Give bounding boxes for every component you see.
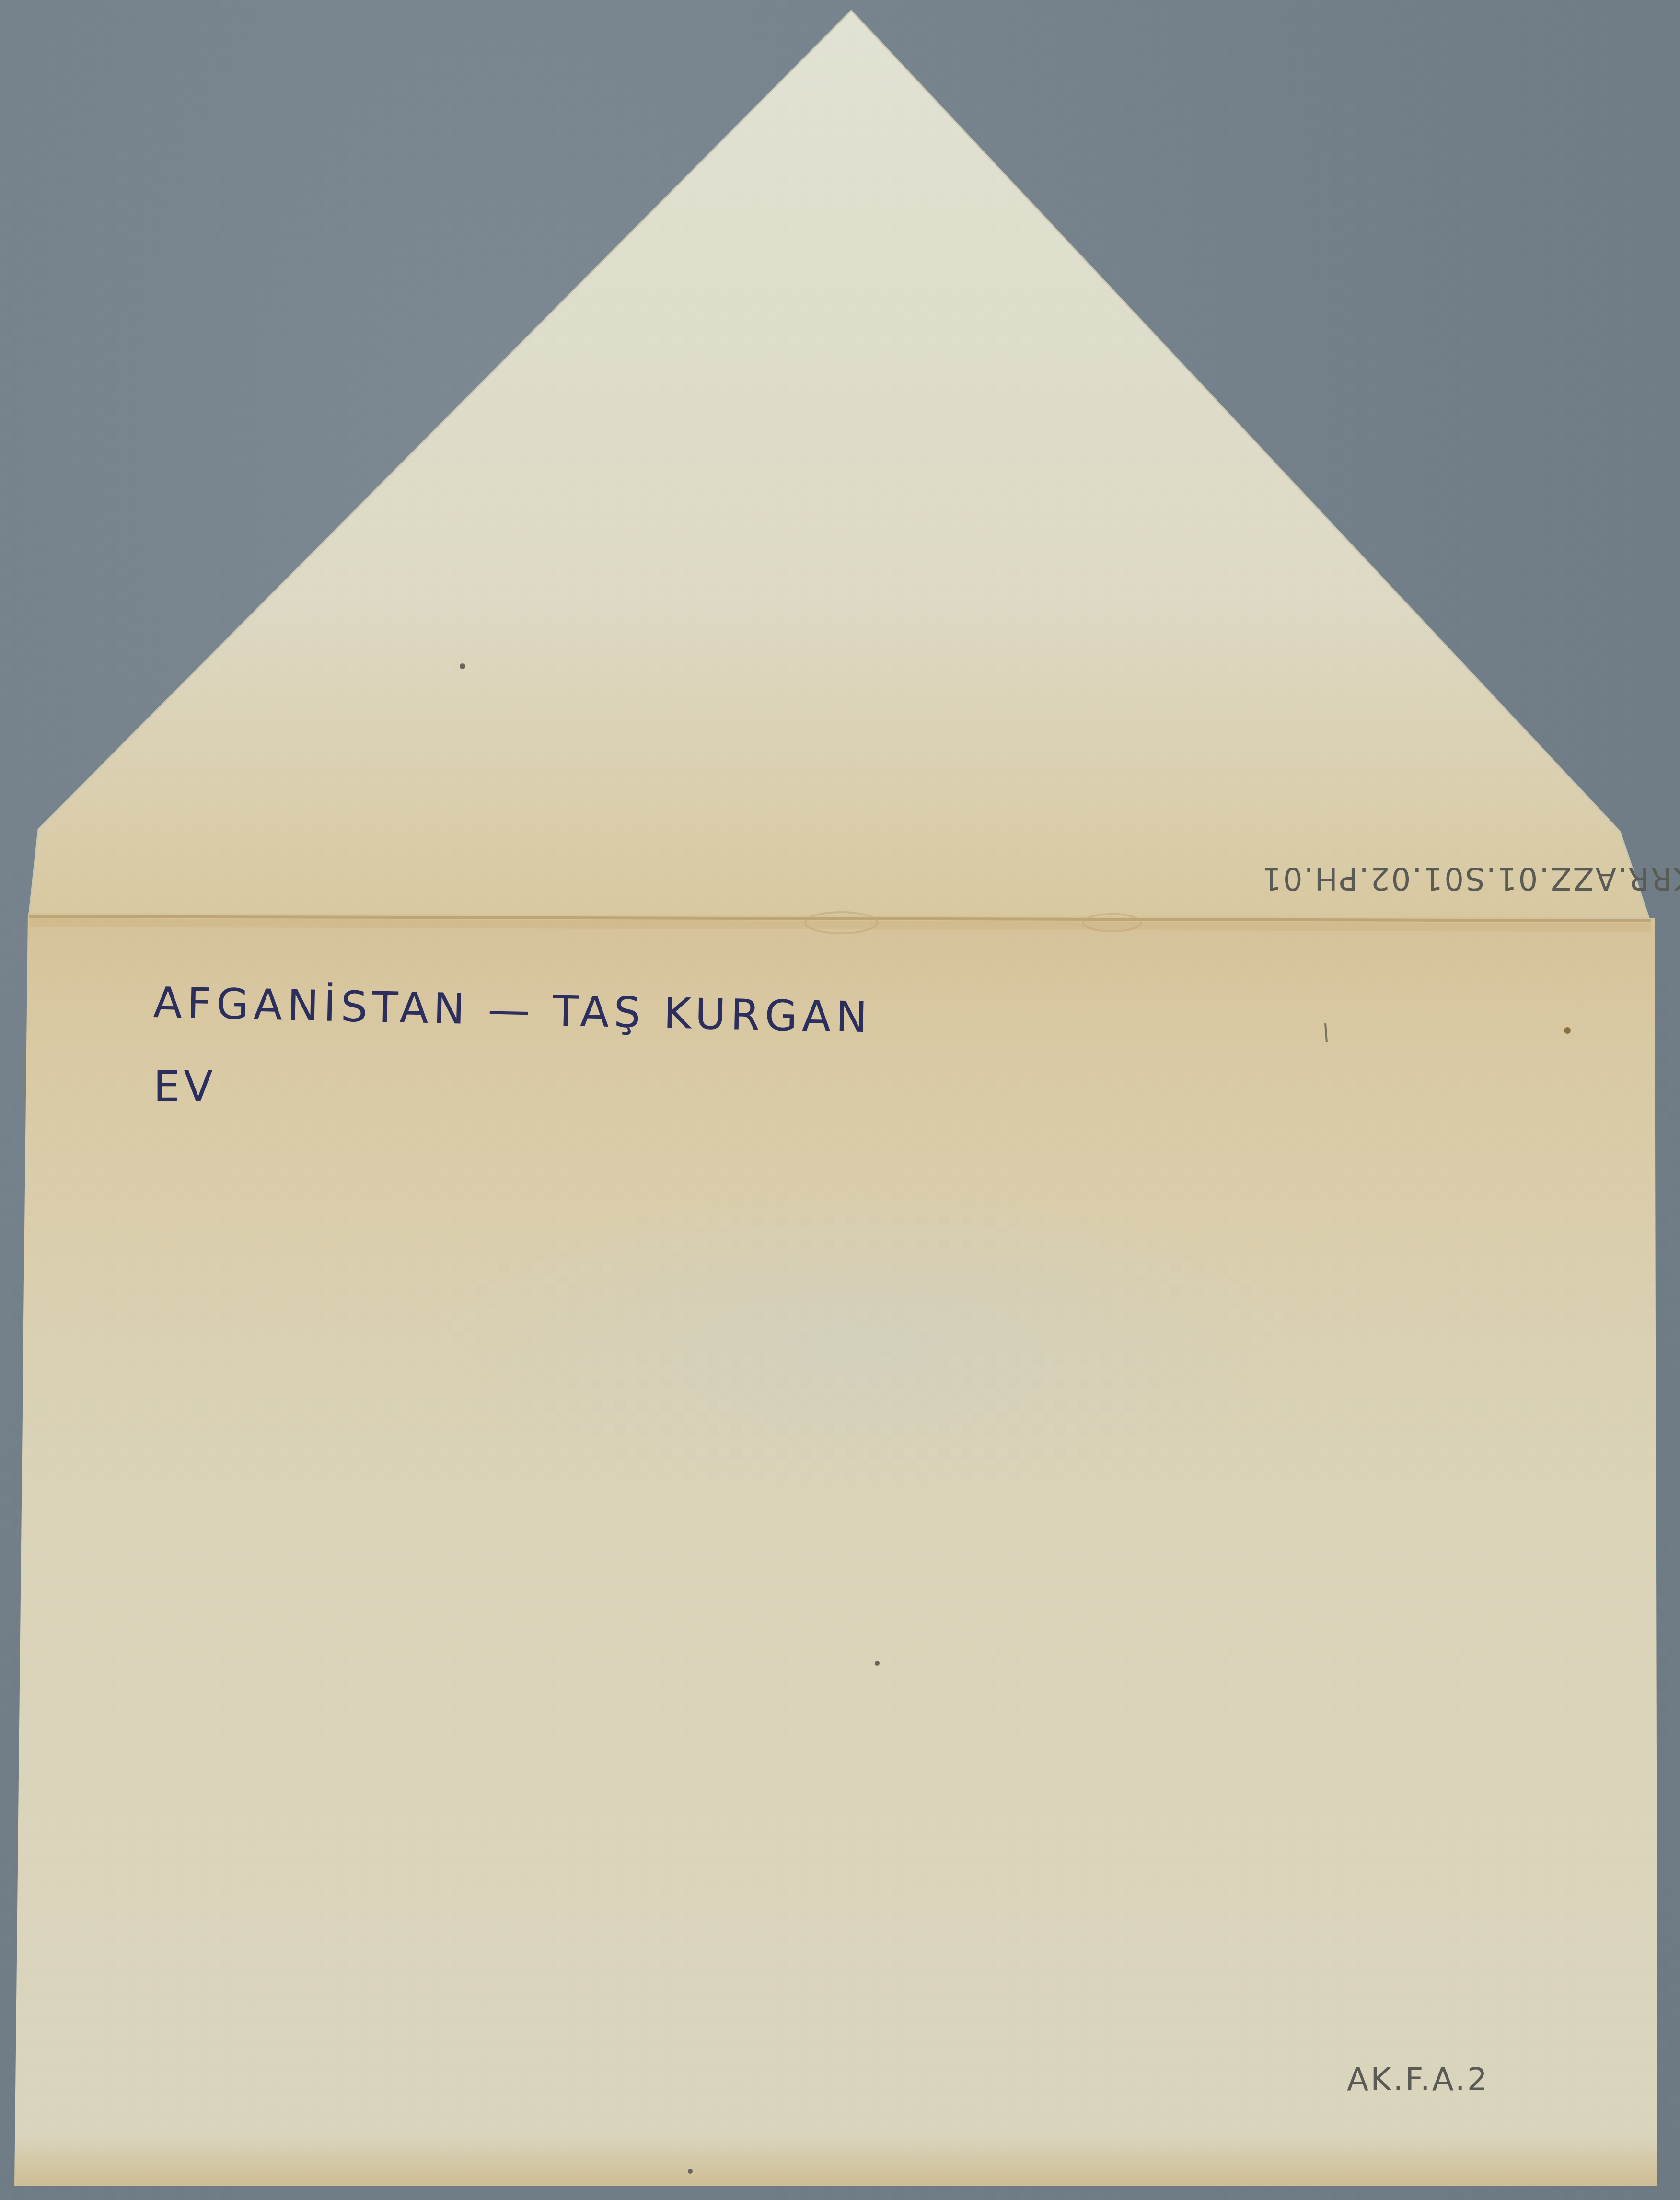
envelope-shape — [0, 0, 1680, 2200]
envelope-body — [14, 913, 1657, 2186]
subject-annotation: EV — [153, 1062, 217, 1111]
envelope-scan: AFGANİSTAN — TAŞ KURGAN EV KRR.AZZ.01.S0… — [0, 0, 1680, 2200]
accession-code: AK.F.A.2 — [1347, 2061, 1489, 2098]
envelope-flap — [29, 11, 1649, 918]
catalog-number: KRR.AZZ.01.S01.02.PH.01 — [1261, 860, 1680, 896]
